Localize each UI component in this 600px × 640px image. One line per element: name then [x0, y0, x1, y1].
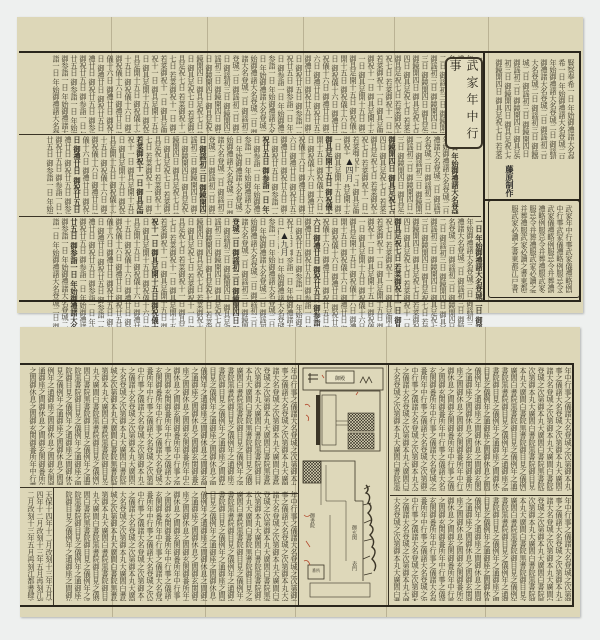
text-column: 廣間白書院黒書院御目見之儀例年之通御座之間御休息之間御玄関御番所年中行事之儀諸大	[510, 367, 518, 491]
text-column: 鏡開四日 御具足祝七日 若菜御祝十一日 御具足開十五日 御祝儀十六日 御禮廿日	[196, 55, 204, 133]
text-column: 次第御本丸大廣間白書院黒書院御目見之儀例年之通御座之間御休息之間御玄関御番所年中	[254, 491, 262, 601]
text-column: 玄関御番所年中行事之儀諸大名登城之次第御本丸大廣間白書院黒書院御目見之儀例年之通	[155, 367, 163, 485]
map-label: 御玄関	[351, 524, 357, 541]
map-label: 表門	[351, 560, 357, 571]
text-column: 御祝廿五日 御参詣一日 年始御禮諸大名登城二日 御謡初三日 御鏡開四日 御具足	[79, 55, 87, 133]
text-column: 詣一日 年始御禮諸大名登城二日 御謡初三日 御鏡開四日 御具足祝七日 若菜御祝十	[52, 55, 60, 133]
book-title: 武家年中行事	[447, 59, 481, 147]
text-column: 之間御玄関御番所年中行事之儀諸大名登城之次第御本丸大廣間白書院黒書院御目見之儀例	[438, 367, 446, 491]
text-column: 一日 御具足開十五日 御祝儀十六日 御禮廿日 御祝廿五日 御参詣一日 年始御禮諸	[334, 136, 342, 214]
text-column: 日 御祝儀十六日 御禮廿日 御祝廿五日 御参詣一日 年始御禮諸大名登城二日 御謡	[331, 218, 339, 330]
text-column: 祝廿五日 御参詣一日 年始御禮諸大名登城二日 御謡初三日 御鏡開四日 御具足祝七	[286, 55, 294, 133]
text-column: 賢察奉希一日 年始御禮諸大名登城二日 御謡初三日 御鏡開四日 御具足祝七日 若菜	[567, 59, 575, 159]
text-column: 年中行事之儀諸大名登城之次第御本丸大廣間白書院黒書院御目見之儀例年之通御座之間御	[564, 367, 572, 491]
text-column: 二日 御謡初三日 御鏡開四日 御具足祝七日 若菜御祝十一日 御具足開十五日 御祝	[415, 136, 423, 214]
text-column: 天保十四年十二月改刻十三年五月再刻江都書肆天保十四年十二月改刻十三年五月再刻江都	[45, 491, 53, 601]
text-column: 廣間白書院黒書院御目見之儀例年之通御座之間御休息之間御玄関御番所年中行事之儀諸大	[236, 367, 244, 485]
text-column: 具足開十五日 御祝儀十六日 御禮廿日 御祝廿五日 御参詣一日 年始御禮諸大名登城	[109, 136, 117, 214]
text-column: 登城之次第御本丸大廣間白書院黒書院御目見之儀例年之通御座之間御休息之間御玄関御番	[537, 497, 545, 601]
text-column: 日 御祝廿五日 御参詣一日 年始御禮諸大名登城二日 御謡初三日 御鏡開四日 御具	[295, 55, 303, 133]
text-column: 書院黒書院御目見之儀例年之通御座之間御休息之間御玄関御番所年中行事之儀諸大名登城	[227, 491, 235, 601]
text-column: 御祝儀十六日 御禮廿日 御祝廿五日 御参詣一日 年始御禮諸大名登城二日 御謡初	[91, 136, 99, 214]
text-column: 城之次第御本丸大廣間白書院黒書院御目見之儀例年之通御座之間御休息之間御玄関御番所	[110, 367, 118, 485]
text-column: 十五日 御祝儀十六日 御禮廿日 御祝廿五日 御参詣一日 年始御禮諸大名登城二日	[124, 218, 132, 330]
text-column: 第御本丸大廣間白書院黒書院御目見之儀例年之通御座之間御休息之間御玄関御番所年中行	[101, 367, 109, 485]
text-column: 名登城二日 御謡初三日 御鏡開四日 御具足祝七日 若菜御祝十一日 御具足開十五日	[448, 218, 456, 330]
text-column: 参詣一日 年始御禮諸大名登城二日 御謡初三日 御鏡開四日 御具足祝七日 若菜御祝	[268, 55, 276, 133]
text-column: 御祝十一日 御具足開十五日 御祝儀十六日 御禮廿日 御祝廿五日 御参詣一日 年始	[367, 218, 375, 330]
text-column: 十五日 御祝儀十六日 御禮廿日 御祝廿五日 御参詣一日 年始御禮諸大名登城二日	[124, 55, 132, 133]
text-column: 謡初三日 御鏡開四日 御具足祝七日 若菜御祝十一日 御具足開十五日 御祝儀十六日	[190, 136, 198, 214]
section-marker: ▲四月	[344, 155, 355, 184]
text-column: 日 御祝廿五日 御参詣一日 年始御禮諸大名登城二日 御謡初三日 御鏡開四日 御具	[271, 136, 279, 214]
text-column: 年中行事之儀諸大名登城之次第御本丸大廣間白書院黒書院御目見之儀例年之通御座之間御	[290, 491, 298, 601]
text-column: 座之間御休息之間御玄関御番所年中行事之儀諸大名登城之次第御本丸大廣間白書院黒書院	[456, 497, 464, 601]
text-column: 一日 年始御禮諸大名登城二日 御謡初三日 御鏡開四日 御具足祝七日 若菜御祝十一	[475, 218, 483, 330]
text-column: 中行事武家儀禮略例服忌令并葬禮服武家必讀之書東都江戸書林武家年中行事武家儀禮略例	[556, 205, 564, 293]
text-column: 禮略例服忌令并葬禮服武家必讀之書東都江戸書林武家年中行事武家儀禮略例服忌令并葬禮	[538, 205, 546, 293]
text-column: 禮廿日 御祝廿五日 御参詣一日 年始御禮諸大名登城二日 御謡初三日 御鏡開四日	[88, 218, 96, 330]
text-column: 大名登城之次第御本丸大廣間白書院黒書院御目見之儀例年之通御座之間御休息之間御玄関	[119, 491, 127, 601]
text-columns-top-middle: 一日 年始御禮諸大名登城二日 御謡初三日 御鏡開四日 御具足祝七日 若菜御祝十一…	[21, 136, 459, 214]
text-column: 日 御具足開十五日 御祝儀十六日 御禮廿日 御祝廿五日 御参詣一日 年始御禮諸大	[142, 55, 150, 133]
text-column: 日 御具足祝七日 若菜御祝十一日 御具足開十五日 御祝儀十六日 御禮廿日 御祝廿	[163, 136, 171, 214]
text-column: 諸大名登城之次第御本丸大廣間白書院黒書院御目見之儀例年之通御座之間御休息之間御玄	[272, 367, 280, 485]
text-column: 御祝廿五日 御参詣一日 年始御禮諸大名登城二日 御謡初三日 御鏡開四日 御具足	[55, 136, 63, 214]
text-column: 通御座之間御休息之間御玄関御番所年中行事之儀諸大名登城之次第御本丸大廣間白書院黒	[38, 367, 46, 485]
text-column: 二月改刻十三年五月再刻江都書肆天保十四年十二月改刻十三年五月再刻江都書肆天保十四	[27, 491, 35, 601]
text-column: 大名登城二日 御謡初三日 御鏡開四日 御具足祝七日 若菜御祝十一日 御具足開十五	[531, 59, 539, 159]
text-column: 院黒書院御目見之儀例年之通御座之間御休息之間御玄関御番所年中行事之儀諸大名登城之	[74, 367, 82, 485]
text-column: 若菜御祝十一日 御具足開十五日 御祝儀十六日 御禮廿日 御祝廿五日 御参詣一日	[136, 136, 144, 214]
text-column: 御禮諸大名登城二日 御謡初三日 御鏡開四日 御具足祝七日 若菜御祝十一日 御具足	[540, 59, 548, 159]
text-column: 鏡開四日 御具足祝七日 若菜御祝十一日 御具足開十五日 御祝儀十六日 御禮廿日	[172, 136, 180, 214]
text-columns-right-lower: 年中行事之儀諸大名登城之次第御本丸大廣間白書院黒書院御目見之儀例年之通御座之間御…	[392, 497, 572, 601]
text-column: 三日 御鏡開四日 御具足祝七日 若菜御祝十一日 御具足開十五日 御祝儀十六日 御	[421, 55, 429, 133]
text-column: 六日 御禮廿日 御祝廿五日 御参詣一日 年始御禮諸大名登城二日 御謡初三日 御鏡	[289, 136, 297, 214]
text-column: 事之儀諸大名登城之次第御本丸大廣間白書院黒書院御目見之儀例年之通御座之間御休息之	[555, 367, 563, 491]
text-column: 中行事之儀諸大名登城之次第御本丸大廣間白書院黒書院御目見之儀例年之通御座之間御休	[411, 367, 419, 491]
text-column: 祝廿五日 御参詣一日 年始御禮諸大名登城二日 御謡初三日 御鏡開四日 御具足祝七	[262, 136, 270, 214]
text-column: 日 御祝儀十六日 御禮廿日 御祝廿五日 御参詣一日 年始御禮諸大名登城二日 御謡	[307, 136, 315, 214]
text-column: 詣一日 年始御禮諸大名登城二日 御謡初三日 御鏡開四日 御具足祝七日 若菜御祝十	[52, 218, 60, 330]
text-column: 日 御鏡開四日 御具足祝七日 若菜御祝十一日 御具足開十五日 御祝儀十六日 御禮	[205, 55, 213, 133]
text-column: 之間御玄関御番所年中行事之儀諸大名登城之次第御本丸大廣間白書院黒書院御目見之儀例	[164, 367, 172, 485]
text-column: 廿五日 御参詣一日 年始御禮諸大名登城二日 御謡初三日 御鏡開四日 御具足祝七日	[46, 136, 54, 214]
text-column: 儀十六日 御禮廿日 御祝廿五日 御参詣一日 年始御禮諸大名登城二日 御謡初三日	[82, 136, 90, 214]
text-column: 之通御座之間御休息之間御玄関御番所年中行事之儀諸大名登城之次第御本丸大廣間白書院	[191, 491, 199, 601]
text-column: 一日 御具足開十五日 御祝儀十六日 御禮廿日 御祝廿五日 御参詣一日 年始御禮諸	[358, 218, 366, 330]
text-column: 具足開十五日 御祝儀十六日 御禮廿日 御祝廿五日 御参詣一日 年始御禮諸大名登城	[133, 218, 141, 330]
text-column: 間白書院黒書院御目見之儀例年之通御座之間御休息之間御玄関御番所年中行事之儀諸大名	[83, 367, 91, 485]
text-column: 二日 御謡初三日 御鏡開四日 御具足祝七日 若菜御祝十一日 御具足開十五日 御祝	[439, 218, 447, 330]
text-column: 名登城二日 御謡初三日 御鏡開四日 御具足祝七日 若菜御祝十一日 御具足開十五日	[424, 136, 432, 214]
text-column: 書院御目見之儀例年之通御座之間御休息之間御玄関御番所年中行事之儀諸大名登城之次第	[492, 367, 500, 491]
text-column: 間白書院黒書院御目見之儀例年之通御座之間御休息之間御玄関御番所年中行事之儀諸大名	[83, 491, 91, 601]
text-column: 事之儀諸大名登城之次第御本丸大廣間白書院黒書院御目見之儀例年之通御座之間御休息之	[281, 491, 289, 601]
text-column: 日 御具足開十五日 御祝儀十六日 御禮廿日 御祝廿五日 御参詣一日 年始御禮諸大	[142, 218, 150, 330]
text-column: 御祝儀十六日 御禮廿日 御祝廿五日 御参詣一日 年始御禮諸大名登城二日 御謡初	[115, 55, 123, 133]
text-column: 具足祝七日 若菜御祝十一日 御具足開十五日 御祝儀十六日 御禮廿日 御祝廿五日	[154, 136, 162, 214]
bottom-spread: 年中行事之儀諸大名登城之次第御本丸大廣間白書院黒書院御目見之儀例年之通御座之間御…	[20, 327, 580, 617]
text-column: 武家儀禮略例服忌令并葬禮服武家必讀之書東都江戸書林武家年中行事武家儀禮略例服忌令	[547, 205, 555, 293]
text-column: 具足祝七日 若菜御祝十一日 御具足開十五日 御祝儀十六日 御禮廿日 御祝廿五日	[178, 55, 186, 133]
text-column: 見之儀例年之通御座之間御休息之間御玄関御番所年中行事之儀諸大名登城之次第御本丸大	[56, 367, 64, 485]
text-column: 番所年中行事之儀諸大名登城之次第御本丸大廣間白書院黒書院御目見之儀例年之通御座之	[420, 497, 428, 601]
text-column: 御禮廿日 御祝廿五日 御参詣一日 年始御禮諸大名登城二日 御謡初三日 御鏡開四日	[304, 218, 312, 330]
text-column: 具足祝七日 若菜御祝十一日 御具足開十五日 御祝儀十六日 御禮廿日 御祝廿五日	[178, 218, 186, 330]
text-column: 中行事之儀諸大名登城之次第御本丸大廣間白書院黒書院御目見之儀例年之通御座之間御休	[411, 497, 419, 601]
text-column: 之通御座之間御休息之間御玄関御番所年中行事之儀諸大名登城之次第御本丸大廣間白書院	[465, 497, 473, 601]
text-column: 日 御謡初三日 御鏡開四日 御具足祝七日 若菜御祝十一日 御具足開十五日 御祝儀	[223, 55, 231, 133]
text-column: 書院御目見之儀例年之通御座之間御休息之間御玄関御番所年中行事之儀諸大名登城之次第	[218, 367, 226, 485]
text-column: 御具足開十五日 御祝儀十六日 御禮廿日 御祝廿五日 御参詣一日 年始御禮諸大名登	[349, 55, 357, 133]
text-columns-left-upper: 年中行事之儀諸大名登城之次第御本丸大廣間白書院黒書院御目見之儀例年之通御座之間御…	[24, 367, 298, 485]
text-columns-top-upper: 一日 年始御禮諸大名登城二日 御謡初三日 御鏡開四日 御具足祝七日 若菜御祝十一…	[21, 55, 483, 133]
text-column: 御謡初三日 御鏡開四日 御具足祝七日 若菜御祝十一日 御具足開十五日 御祝儀十	[513, 59, 521, 159]
text-column: 登城之次第御本丸大廣間白書院黒書院御目見之儀例年之通御座之間御休息之間御玄関御番	[263, 367, 271, 485]
text-column: 書院黒書院御目見之儀例年之通御座之間御休息之間御玄関御番所年中行事之儀諸大名登城	[501, 497, 509, 601]
notice-signature: 藤原制作	[505, 165, 516, 197]
text-column: 御参詣一日 年始御禮諸大名登城二日 御謡初三日 御鏡開四日 御具足祝七日 若菜	[61, 218, 69, 330]
text-column: 院黒書院御目見之儀例年之通御座之間御休息之間御玄関御番所年中行事之儀諸大名登城之	[74, 491, 82, 601]
text-column: 之儀諸大名登城之次第御本丸大廣間白書院黒書院御目見之儀例年之通御座之間御休息之間	[128, 491, 136, 601]
text-column: 書院御目見之儀例年之通御座之間御休息之間御玄関御番所年中行事之儀諸大名登城之次第	[218, 491, 226, 601]
text-column: 諸大名登城二日 御謡初三日 御鏡開四日 御具足祝七日 若菜御祝十一日 御具足開十	[241, 218, 249, 330]
text-column: 一日 御具足開十五日 御祝儀十六日 御禮廿日 御祝廿五日 御参詣一日 年始御禮諸	[358, 55, 366, 133]
notice-text: 賢察奉希一日 年始御禮諸大名登城二日 御謡初三日 御鏡開四日 御具足祝七日 若菜…	[493, 59, 575, 159]
text-column: 日 御謡初三日 御鏡開四日 御具足祝七日 若菜御祝十一日 御具足開十五日 御祝儀	[223, 218, 231, 330]
text-column: 御禮廿日 御祝廿五日 御参詣一日 年始御禮諸大名登城二日 御謡初三日 御鏡開四日	[280, 136, 288, 214]
text-column: 儀十六日 御禮廿日 御祝廿五日 御参詣一日 年始御禮諸大名登城二日 御謡初三日	[106, 218, 114, 330]
text-column: 之通御座之間御休息之間御玄関御番所年中行事之儀諸大名登城之次第御本丸大廣間白書院	[191, 367, 199, 485]
text-column: 并葬禮服武家必讀之書東都江戸書林武家年中行事武家儀禮略例服忌令并葬禮服武家必讀之	[520, 205, 528, 293]
text-column: 番所年中行事之儀諸大名登城之次第御本丸大廣間白書院黒書院御目見之儀例年之通御座之	[146, 367, 154, 485]
text-column: 始御禮諸大名登城二日 御謡初三日 御鏡開四日 御具足祝七日 若菜御祝十一日 御具	[250, 218, 258, 330]
text-column: 御具足祝七日 若菜御祝十一日 御具足開十五日 御祝儀十六日 御禮廿日 御祝廿五日	[370, 136, 378, 214]
text-column: 登城之次第御本丸大廣間白書院黒書院御目見之儀例年之通御座之間御休息之間御玄関御番	[537, 367, 545, 491]
text-column: 城二日 御謡初三日 御鏡開四日 御具足祝七日 若菜御祝十一日 御具足開十五日 御	[522, 59, 530, 159]
text-column: 日 御参詣一日 年始御禮諸大名登城二日 御謡初三日 御鏡開四日 御具足祝七日 若	[253, 136, 261, 214]
text-column: 御謡初三日 御鏡開四日 御具足祝七日 若菜御祝十一日 御具足開十五日 御祝儀十六	[430, 218, 438, 330]
text-column: 四日 御具足祝七日 若菜御祝十一日 御具足開十五日 御祝儀十六日 御禮廿日 御祝	[403, 55, 411, 133]
text-column: 書院黒書院御目見之儀例年之通御座之間御休息之間御玄関御番所年中行事之儀諸大名登城	[501, 367, 509, 491]
text-columns-right-upper: 年中行事之儀諸大名登城之次第御本丸大廣間白書院黒書院御目見之儀例年之通御座之間御…	[392, 367, 572, 491]
text-column: 諸大名登城二日 御謡初三日 御鏡開四日 御具足祝七日 若菜御祝十一日 御具足開十	[217, 136, 225, 214]
title-cartouche: 武家年中行事	[445, 57, 483, 149]
text-column: 書院黒書院御目見之儀例年之通御座之間御休息之間御玄関御番所年中行事之儀諸大名登城	[227, 367, 235, 485]
text-column: 三日 御鏡開四日 御具足祝七日 若菜御祝十一日 御具足開十五日 御祝儀十六日 御	[397, 136, 405, 214]
text-column: 若菜御祝十一日 御具足開十五日 御祝儀十六日 御禮廿日 御祝廿五日 御参詣一日	[376, 55, 384, 133]
text-column: 玄関御番所年中行事之儀諸大名登城之次第御本丸大廣間白書院黒書院御目見之儀例年之通	[429, 367, 437, 491]
text-column: 年中行事之儀諸大名登城之次第御本丸大廣間白書院黒書院御目見之儀例年之通御座之間御	[564, 497, 572, 601]
text-column: 玄関御番所年中行事之儀諸大名登城之次第御本丸大廣間白書院黒書院御目見之儀例年之通	[155, 491, 163, 601]
text-column: 次第御本丸大廣間白書院黒書院御目見之儀例年之通御座之間御休息之間御玄関御番所年中	[528, 367, 536, 491]
text-column: 院御目見之儀例年之通御座之間御休息之間御玄関御番所年中行事之儀諸大名登城之次第御	[65, 367, 73, 485]
text-columns-left-lower: 年中行事之儀諸大名登城之次第御本丸大廣間白書院黒書院御目見之儀例年之通御座之間御…	[56, 491, 298, 601]
text-column: 第御本丸大廣間白書院黒書院御目見之儀例年之通御座之間御休息之間御玄関御番所年中行	[101, 491, 109, 601]
text-column: 日 年始御禮諸大名登城二日 御謡初三日 御鏡開四日 御具足祝七日 若菜御祝十一日	[259, 55, 267, 133]
text-column: 若菜御祝十一日 御具足開十五日 御祝儀十六日 御禮廿日 御祝廿五日 御参詣一日	[376, 218, 384, 330]
text-column: 中行事之儀諸大名登城之次第御本丸大廣間白書院黒書院御目見之儀例年之通御座之間御休	[137, 367, 145, 485]
text-column: 鏡開四日 御具足祝七日 若菜御祝十一日 御具足開十五日 御祝儀十六日 御禮廿日	[196, 218, 204, 330]
text-column: 御具足開十五日 御祝儀十六日 御禮廿日 御祝廿五日 御参詣一日 年始御禮諸大名登	[349, 218, 357, 330]
text-column: 次第御本丸大廣間白書院黒書院御目見之儀例年之通御座之間御休息之間御玄関御番所年中	[254, 367, 262, 485]
text-column: 御謡初三日 御鏡開四日 御具足祝七日 若菜御祝十一日 御具足開十五日 御祝儀十六	[406, 136, 414, 214]
map-label: 御書院	[309, 512, 315, 529]
text-column: 日 年始御禮諸大名登城二日 御謡初三日 御鏡開四日 御具足祝七日 若菜御祝十一日	[259, 218, 267, 330]
text-column: 御具足祝七日 若菜御祝十一日 御具足開十五日 御祝儀十六日 御禮廿日 御祝廿五日	[394, 55, 402, 133]
text-column: 日 御具足開十五日 御祝儀十六日 御禮廿日 御祝廿五日 御参詣一日 年始御禮諸大	[118, 136, 126, 214]
text-column: 丸大廣間白書院黒書院御目見之儀例年之通御座之間御休息之間御玄関御番所年中行事之儀	[92, 491, 100, 601]
text-column: 御祝十一日 御具足開十五日 御祝儀十六日 御禮廿日 御祝廿五日 御参詣一日 年始	[367, 55, 375, 133]
text-column: 目見之儀例年之通御座之間御休息之間御玄関御番所年中行事之儀諸大名登城之次第御本丸	[209, 491, 217, 601]
text-column: 日 御禮廿日 御祝廿五日 御参詣一日 年始御禮諸大名登城二日 御謡初三日 御鏡開	[73, 136, 81, 214]
text-column: 御休息之間御玄関御番所年中行事之儀諸大名登城之次第御本丸大廣間白書院黒書院御目見	[173, 367, 181, 485]
text-column: 祝七日 若菜御祝十一日 御具足開十五日 御祝儀十六日 御禮廿日 御祝廿五日 御参	[385, 55, 393, 133]
text-column: 次第御本丸大廣間白書院黒書院御目見之儀例年之通御座之間御休息之間御玄関御番所年中	[528, 497, 536, 601]
text-column: 四日 御具足祝七日 若菜御祝十一日 御具足開十五日 御祝儀十六日 御禮廿日 御祝	[403, 218, 411, 330]
text-column: 御鏡開四日 御具足祝七日 若菜御祝十一日 御具足開十五日 御祝儀十六日 御禮廿日	[412, 55, 420, 133]
section-marker: ▲九月	[279, 229, 290, 258]
text-column: 諸大名登城二日 御謡初三日 御鏡開四日 御具足祝七日 若菜御祝十一日 御具足開十	[241, 55, 249, 133]
text-column: 日 御具足祝七日 若菜御祝十一日 御具足開十五日 御祝儀十六日 御禮廿日 御祝廿	[187, 218, 195, 330]
text-column: 御休息之間御玄関御番所年中行事之儀諸大名登城之次第御本丸大廣間白書院黒書院御目見	[173, 491, 181, 601]
text-column: 儀例年之通御座之間御休息之間御玄関御番所年中行事之儀諸大名登城之次第御本丸大廣間	[200, 491, 208, 601]
map-label: 御殿	[335, 375, 345, 382]
text-column: 参詣一日 年始御禮諸大名登城二日 御謡初三日 御鏡開四日 御具足祝七日 若菜御祝	[268, 218, 276, 330]
text-column: 御具足祝七日 若菜御祝十一日 御具足開十五日 御祝儀十六日 御禮廿日 御祝廿五日	[394, 218, 402, 330]
text-column: 日 御参詣一日 年始御禮諸大名登城二日 御謡初三日 御鏡開四日 御具足祝七日 若	[277, 55, 285, 133]
text-column: 番所年中行事之儀諸大名登城之次第御本丸大廣間白書院黒書院御目見之儀例年之通御座之	[146, 491, 154, 601]
text-column: 始御禮諸大名登城二日 御謡初三日 御鏡開四日 御具足祝七日 若菜御祝十一日 御具	[250, 55, 258, 133]
colophon-bottom: 天保十四年十二月改刻十三年五月再刻江都書肆天保十四年十二月改刻十三年五月再刻江都…	[23, 491, 53, 601]
colophon-list: 武家年中行事武家儀禮略例服忌令并葬禮服武家必讀之書東都江戸書林武家年中行事武家儀…	[495, 205, 573, 293]
text-column: 日 御鏡開四日 御具足祝七日 若菜御祝十一日 御具足開十五日 御祝儀十六日 御禮	[181, 136, 189, 214]
text-column: 禮諸大名登城二日 御謡初三日 御鏡開四日 御具足祝七日 若菜御祝十一日 御具足開	[433, 136, 441, 214]
text-column: 禮廿日 御祝廿五日 御参詣一日 年始御禮諸大名登城二日 御謡初三日 御鏡開四日	[64, 136, 72, 214]
text-column: 之儀諸大名登城之次第御本丸大廣間白書院黒書院御目見之儀例年之通御座之間御休息之間	[402, 497, 410, 601]
text-column: 事之儀諸大名登城之次第御本丸大廣間白書院黒書院御目見之儀例年之通御座之間御休息之	[281, 367, 289, 485]
text-column: 十五日 御祝儀十六日 御禮廿日 御祝廿五日 御参詣一日 年始御禮諸大名登城二日	[100, 136, 108, 214]
text-column: 御休息之間御玄関御番所年中行事之儀諸大名登城之次第御本丸大廣間白書院黒書院御目見	[447, 497, 455, 601]
text-column: 日 御謡初三日 御鏡開四日 御具足祝七日 若菜御祝十一日 御具足開十五日 御祝儀	[199, 136, 207, 214]
map-label: 番所	[312, 567, 320, 573]
text-column: 武家年中行事武家儀禮略例服忌令并葬禮服武家必讀之書東都江戸書林武家年中行事武家儀	[565, 205, 573, 293]
text-column: 儀例年之通御座之間御休息之間御玄関御番所年中行事之儀諸大名登城之次第御本丸大廣間	[474, 367, 482, 491]
text-column: 廿五日 御参詣一日 年始御禮諸大名登城二日 御謡初三日 御鏡開四日 御具足祝七日	[70, 218, 78, 330]
text-column: 儀例年之通御座之間御休息之間御玄関御番所年中行事之儀諸大名登城之次第御本丸大廣間	[474, 497, 482, 601]
text-column: 御鏡開四日 御具足祝七日 若菜御祝十一日 御具足開十五日 御祝儀十六日 御禮廿日	[412, 218, 420, 330]
text-column: 御具足開十五日 御祝儀十六日 御禮廿日 御祝廿五日 御参詣一日 年始御禮諸大名登	[325, 136, 333, 214]
text-column: 祝儀十六日 御禮廿日 御祝廿五日 御参詣一日 年始御禮諸大名登城二日 御謡初三日	[322, 218, 330, 330]
text-column: 丸大廣間白書院黒書院御目見之儀例年之通御座之間御休息之間御玄関御番所年中行事之儀	[92, 367, 100, 485]
text-column: 禮諸大名登城二日 御謡初三日 御鏡開四日 御具足祝七日 若菜御祝十一日 御具足開	[457, 218, 465, 330]
text-column: 初三日 御鏡開四日 御具足祝七日 若菜御祝十一日 御具足開十五日 御祝儀十六日	[504, 59, 512, 159]
text-column: 四日 御具足祝七日 若菜御祝十一日 御具足開十五日 御祝儀十六日 御禮廿日 御祝	[379, 136, 387, 214]
text-column: 日 御禮廿日 御祝廿五日 御参詣一日 年始御禮諸大名登城二日 御謡初三日 御鏡開	[97, 218, 105, 330]
text-column: 登城之次第御本丸大廣間白書院黒書院御目見之儀例年之通御座之間御休息之間御玄関御番	[263, 491, 271, 601]
text-column: 大名登城之次第御本丸大廣間白書院黒書院御目見之儀例年之通御座之間御休息之間御玄関	[119, 367, 127, 485]
text-column: 御鏡開四日 御具足祝七日 若菜御祝十一日 御具足開十五日 御祝儀十六日 御禮廿	[495, 59, 503, 159]
text-column: 登城二日 御謡初三日 御鏡開四日 御具足祝七日 若菜御祝十一日 御具足開十五日	[232, 55, 240, 133]
text-column: 御謡初三日 御鏡開四日 御具足祝七日 若菜御祝十一日 御具足開十五日 御祝儀十六	[430, 55, 438, 133]
text-column: 中行事之儀諸大名登城之次第御本丸大廣間白書院黒書院御目見之儀例年之通御座之間御休	[137, 491, 145, 601]
text-column: 玄関御番所年中行事之儀諸大名登城之次第御本丸大廣間白書院黒書院御目見之儀例年之通	[429, 497, 437, 601]
text-column: 祝十一日 御具足開十五日 御祝儀十六日 御禮廿日 御祝廿五日 御参詣一日 年始御	[151, 218, 159, 330]
text-column: 七日 若菜御祝十一日 御具足開十五日 御祝儀十六日 御禮廿日 御祝廿五日 御参詣	[169, 55, 177, 133]
text-column: 御祝儀十六日 御禮廿日 御祝廿五日 御参詣一日 年始御禮諸大名登城二日 御謡初	[115, 218, 123, 330]
text-column: 始御禮諸大名登城二日 御謡初三日 御鏡開四日 御具足祝七日 若菜御祝十一日 御具	[226, 136, 234, 214]
text-column: 之間御玄関御番所年中行事之儀諸大名登城之次第御本丸大廣間白書院黒書院御目見之儀例	[164, 491, 172, 601]
text-column: 三日 御鏡開四日 御具足祝七日 若菜御祝十一日 御具足開十五日 御祝儀十六日 御	[421, 218, 429, 330]
text-column: 開十五日 御祝儀十六日 御禮廿日 御祝廿五日 御参詣一日 年始御禮諸大名登城二日	[340, 55, 348, 133]
text-column: 禮廿日 御祝廿五日 御参詣一日 年始御禮諸大名登城二日 御謡初三日 御鏡開四日	[88, 55, 96, 133]
text-column: 御祝廿五日 御参詣一日 年始御禮諸大名登城二日 御謡初三日 御鏡開四日 御具足	[79, 218, 87, 330]
text-column: 御休息之間御玄関御番所年中行事之儀諸大名登城之次第御本丸大廣間白書院黒書院御目見	[447, 367, 455, 491]
text-column: 御鏡開四日 御具足祝七日 若菜御祝十一日 御具足開十五日 御祝儀十六日 御禮廿日	[388, 136, 396, 214]
text-column: 開十五日 御祝儀十六日 御禮廿日 御祝廿五日 御参詣一日 年始御禮諸大名登城二日	[340, 218, 348, 330]
text-column: 儀例年之通御座之間御休息之間御玄関御番所年中行事之儀諸大名登城之次第御本丸大廣間	[200, 367, 208, 485]
text-column: 番所年中行事之儀諸大名登城之次第御本丸大廣間白書院黒書院御目見之儀例年之通御座之	[420, 367, 428, 491]
text-column: 大名登城之次第御本丸大廣間白書院黒書院御目見之儀例年之通御座之間御休息之間御玄関	[393, 367, 401, 491]
text-column: 四年十二月改刻十三年五月再刻江都書肆天保十四年十二月改刻十三年五月再刻江都書肆天	[36, 491, 44, 601]
text-column: 座之間御休息之間御玄関御番所年中行事之儀諸大名登城之次第御本丸大廣間白書院黒書院	[182, 491, 190, 601]
text-columns-top-lower: 一日 年始御禮諸大名登城二日 御謡初三日 御鏡開四日 御具足祝七日 若菜御祝十一…	[21, 218, 483, 330]
text-column: 儀十六日 御禮廿日 御祝廿五日 御参詣一日 年始御禮諸大名登城二日 御謡初三日	[106, 55, 114, 133]
text-column: 之通御座之間御休息之間御玄関御番所年中行事之儀諸大名登城之次第御本丸大廣間白書院	[465, 367, 473, 491]
text-column: 日 御禮廿日 御祝廿五日 御参詣一日 年始御禮諸大名登城二日 御謡初三日 御鏡開	[97, 55, 105, 133]
text-column: 御禮廿日 御祝廿五日 御参詣一日 年始御禮諸大名登城二日 御謡初三日 御鏡開四日	[304, 55, 312, 133]
text-column: 諸大名登城之次第御本丸大廣間白書院黒書院御目見之儀例年之通御座之間御休息之間御玄	[546, 367, 554, 491]
text-column: 年始御禮諸大名登城二日 御謡初三日 御鏡開四日 御具足祝七日 若菜御祝十一日	[549, 59, 557, 159]
text-column: 日 御祝儀十六日 御禮廿日 御祝廿五日 御参詣一日 年始御禮諸大名登城二日 御謡	[331, 55, 339, 133]
text-column: 本丸大廣間白書院黒書院御目見之儀例年之通御座之間御休息之間御玄関御番所年中行事之	[245, 491, 253, 601]
text-column: 祝十一日 御具足開十五日 御祝儀十六日 御禮廿日 御祝廿五日 御参詣一日 年始御	[151, 55, 159, 133]
text-column: 若菜御祝十一日 御具足開十五日 御祝儀十六日 御禮廿日 御祝廿五日 御参詣一日	[160, 218, 168, 330]
text-column: 書院御目見之儀例年之通御座之間御休息之間御玄関御番所年中行事之儀諸大名登城之次第	[492, 497, 500, 601]
text-column: 目見之儀例年之通御座之間御休息之間御玄関御番所年中行事之儀諸大名登城之次第御本丸	[209, 367, 217, 485]
text-column: 日 年始御禮諸大名登城二日 御謡初三日 御鏡開四日 御具足祝七日 若菜御祝十一日	[235, 136, 243, 214]
text-column: 謡初三日 御鏡開四日 御具足祝七日 若菜御祝十一日 御具足開十五日 御祝儀十六日	[214, 55, 222, 133]
text-column: 御参詣一日 年始御禮諸大名登城二日 御謡初三日 御鏡開四日 御具足祝七日 若菜	[61, 55, 69, 133]
text-column: 城之次第御本丸大廣間白書院黒書院御目見之儀例年之通御座之間御休息之間御玄関御番所	[110, 491, 118, 601]
text-column: 院御目見之儀例年之通御座之間御休息之間御玄関御番所年中行事之儀諸大名登城之次第御	[65, 491, 73, 601]
text-column: 廣間白書院黒書院御目見之儀例年之通御座之間御休息之間御玄関御番所年中行事之儀諸大	[236, 491, 244, 601]
text-column: 之間御休息之間御玄関御番所年中行事之儀諸大名登城之次第御本丸大廣間白書院黒書院御	[29, 367, 37, 485]
text-column: 例年之通御座之間御休息之間御玄関御番所年中行事之儀諸大名登城之次第御本丸大廣間白	[47, 367, 55, 485]
text-column: 若菜御祝十一日 御具足開十五日 御祝儀十六日 御禮廿日 御祝廿五日 御参詣一日	[160, 55, 168, 133]
text-column: 服武家必讀之書東都江戸書林武家年中行事武家儀禮略例服忌令并葬禮服武家必讀之書東都	[511, 205, 519, 293]
text-column: 開十五日 御祝儀十六日 御禮廿日 御祝廿五日 御参詣一日 年始御禮諸大名登城二日	[316, 136, 324, 214]
text-column: 登城二日 御謡初三日 御鏡開四日 御具足祝七日 若菜御祝十一日 御具足開十五日	[232, 218, 240, 330]
text-column: 本丸大廣間白書院黒書院御目見之儀例年之通御座之間御休息之間御玄関御番所年中行事之	[519, 367, 527, 491]
text-column: 六日 御禮廿日 御祝廿五日 御参詣一日 年始御禮諸大名登城二日 御謡初三日 御鏡	[313, 55, 321, 133]
text-column: 之儀諸大名登城之次第御本丸大廣間白書院黒書院御目見之儀例年之通御座之間御休息之間	[402, 367, 410, 491]
text-column: 祝七日 若菜御祝十一日 御具足開十五日 御祝儀十六日 御禮廿日 御祝廿五日 御参	[385, 218, 393, 330]
text-column: 具足開十五日 御祝儀十六日 御禮廿日 御祝廿五日 御参詣一日 年始御禮諸大名登城	[133, 55, 141, 133]
text-column: 目見之儀例年之通御座之間御休息之間御玄関御番所年中行事之儀諸大名登城之次第御本丸	[483, 367, 491, 491]
text-column: 本丸大廣間白書院黒書院御目見之儀例年之通御座之間御休息之間御玄関御番所年中行事之	[519, 497, 527, 601]
text-column: 登城二日 御謡初三日 御鏡開四日 御具足祝七日 若菜御祝十一日 御具足開十五日	[208, 136, 216, 214]
text-column: 座之間御休息之間御玄関御番所年中行事之儀諸大名登城之次第御本丸大廣間白書院黒書院	[456, 367, 464, 491]
text-column: 諸大名登城之次第御本丸大廣間白書院黒書院御目見之儀例年之通御座之間御休息之間御玄	[272, 491, 280, 601]
text-column: 日 御具足祝七日 若菜御祝十一日 御具足開十五日 御祝儀十六日 御禮廿日 御祝廿	[187, 55, 195, 133]
text-column: 之間御玄関御番所年中行事之儀諸大名登城之次第御本丸大廣間白書院黒書院御目見之儀例	[438, 497, 446, 601]
text-column: 参詣一日 年始御禮諸大名登城二日 御謡初三日 御鏡開四日 御具足祝七日 若菜御祝	[244, 136, 252, 214]
text-column: 祝儀十六日 御禮廿日 御祝廿五日 御参詣一日 年始御禮諸大名登城二日 御謡初三日	[298, 136, 306, 214]
text-column: 七日 若菜御祝十一日 御具足開十五日 御祝儀十六日 御禮廿日 御祝廿五日 御参詣	[145, 136, 153, 214]
text-column: 祝儀十六日 御禮廿日 御祝廿五日 御参詣一日 年始御禮諸大名登城二日 御謡初三日	[322, 55, 330, 133]
text-column: 七日 若菜御祝十一日 御具足開十五日 御祝儀十六日 御禮廿日 御祝廿五日 御参詣	[169, 218, 177, 330]
text-column: 日 御祝廿五日 御参詣一日 年始御禮諸大名登城二日 御謡初三日 御鏡開四日 御具	[295, 218, 303, 330]
text-column: 諸大名登城之次第御本丸大廣間白書院黒書院御目見之儀例年之通御座之間御休息之間御玄	[546, 497, 554, 601]
text-column: 謡初三日 御鏡開四日 御具足祝七日 若菜御祝十一日 御具足開十五日 御祝儀十六日	[214, 218, 222, 330]
text-column: 年中行事之儀諸大名登城之次第御本丸大廣間白書院黒書院御目見之儀例年之通御座之間御	[290, 367, 298, 485]
estate-map: 御殿 御玄関 番所 表門 御書院	[300, 365, 386, 601]
text-column: 服忌令并葬禮服武家必讀之書東都江戸書林武家年中行事武家儀禮略例服忌令并葬禮服武家	[529, 205, 537, 293]
top-spread: 一日 年始御禮諸大名登城二日 御謡初三日 御鏡開四日 御具足祝七日 若菜御祝十一…	[17, 17, 583, 313]
text-column: 日 御鏡開四日 御具足祝七日 若菜御祝十一日 御具足開十五日 御祝儀十六日 御禮	[205, 218, 213, 330]
text-column: 本丸大廣間白書院黒書院御目見之儀例年之通御座之間御休息之間御玄関御番所年中行事之	[245, 367, 253, 485]
text-column: 年始御禮諸大名登城二日 御謡初三日 御鏡開四日 御具足祝七日 若菜御祝十一日 御	[466, 218, 474, 330]
text-column: 祝七日 若菜御祝十一日 御具足開十五日 御祝儀十六日 御禮廿日 御祝廿五日 御参	[361, 136, 369, 214]
text-column: 廣間白書院黒書院御目見之儀例年之通御座之間御休息之間御玄関御番所年中行事之儀諸大	[510, 497, 518, 601]
text-column: 六日 御禮廿日 御祝廿五日 御参詣一日 年始御禮諸大名登城二日 御謡初三日 御鏡	[313, 218, 321, 330]
text-column: 大名登城之次第御本丸大廣間白書院黒書院御目見之儀例年之通御座之間御休息之間御玄関	[393, 497, 401, 601]
text-column: 座之間御休息之間御玄関御番所年中行事之儀諸大名登城之次第御本丸大廣間白書院黒書院	[182, 367, 190, 485]
text-column: 希一日 年始御禮諸大名登城二日 御謡初三日 御鏡開四日 御具足祝七日 若菜御祝十	[558, 59, 566, 159]
text-column: 之儀諸大名登城之次第御本丸大廣間白書院黒書院御目見之儀例年之通御座之間御休息之間	[128, 367, 136, 485]
text-column: 廿五日 御参詣一日 年始御禮諸大名登城二日 御謡初三日 御鏡開四日 御具足祝七日	[70, 55, 78, 133]
text-column: 事之儀諸大名登城之次第御本丸大廣間白書院黒書院御目見之儀例年之通御座之間御休息之	[555, 497, 563, 601]
text-column: 目見之儀例年之通御座之間御休息之間御玄関御番所年中行事之儀諸大名登城之次第御本丸	[483, 497, 491, 601]
text-column: 祝十一日 御具足開十五日 御祝儀十六日 御禮廿日 御祝廿五日 御参詣一日 年始御	[127, 136, 135, 214]
